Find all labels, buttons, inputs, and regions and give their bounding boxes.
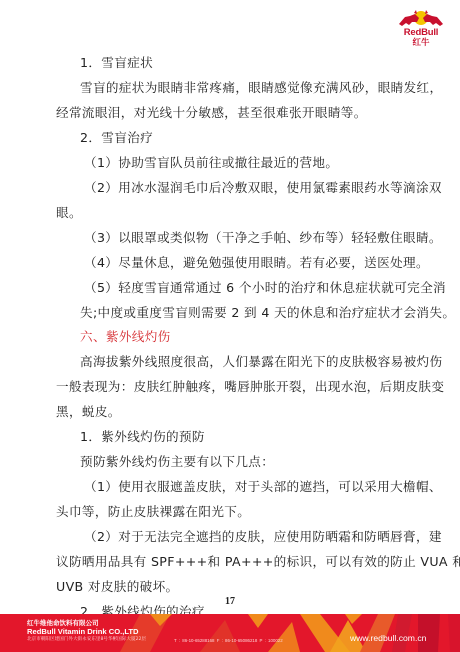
list-item: （3）以眼罩或类似物（干净之手帕、纱布等）轻轻敷住眼睛。	[84, 230, 442, 246]
redbull-bulls-icon	[397, 8, 445, 28]
list-item: （4）尽量休息，避免勉强使用眼睛。若有必要，送医处理。	[84, 255, 429, 271]
paragraph-line: 一般表现为：皮肤红肿触疼，嘴唇肿胀开裂，出现水泡，后期皮肤变	[56, 379, 444, 395]
paragraph-line: 失;中度或重度雪盲则需要 2 到 4 天的休息和治疗症状才会消失。	[80, 305, 455, 321]
logo-brand-en: RedBull	[397, 28, 445, 38]
list-item: （1）协助雪盲队员前往或撤往最近的营地。	[84, 155, 338, 171]
paragraph-line: 预防紫外线灼伤主要有以下几点：	[80, 454, 274, 470]
footer-address: 北京市朝阳区建国门外大街永安东里8号华彬国际大厦22层	[27, 638, 146, 643]
section-heading-uv-burn: 六、紫外线灼伤	[80, 329, 171, 345]
redbull-logo: RedBull 红牛	[397, 8, 445, 52]
page-number: 17	[0, 596, 460, 607]
subheading-uv-burn-prevention: 1．紫外线灼伤的预防	[80, 429, 205, 445]
footer-contacts: T : 86-10-65288168 F : 86-10-65086218 P …	[174, 639, 283, 643]
footer-website-link[interactable]: www.redbull.com.cn	[350, 634, 426, 643]
list-item: （5）轻度雪盲通常通过 6 个小时的治疗和休息症状就可完全消	[84, 280, 446, 296]
paragraph-line: 头巾等，防止皮肤裸露在阳光下。	[56, 504, 250, 520]
footer-band: 红牛维他命饮料有限公司 RedBull Vitamin Drink CO.,LT…	[0, 614, 460, 652]
footer-company-name-cn: 红牛维他命饮料有限公司	[27, 620, 99, 627]
subheading-snow-blindness-treatment: 2．雪盲治疗	[80, 130, 153, 146]
subheading-snow-blindness-symptoms: 1．雪盲症状	[80, 55, 153, 71]
logo-brand-cn: 红牛	[397, 39, 445, 48]
paragraph-line: 眼。	[56, 205, 82, 221]
list-item: （2）用冰水湿润毛巾后冷敷双眼，使用氯霉素眼药水等滴涂双	[84, 180, 442, 196]
paragraph-line: 黑，蜕皮。	[56, 404, 121, 420]
paragraph-line: UVB 对皮肤的破坏。	[56, 579, 178, 595]
list-item: （2）对于无法完全遮挡的皮肤，应使用防晒霜和防晒唇膏，建	[84, 529, 442, 545]
paragraph-line: 雪盲的症状为眼睛非常疼痛，眼睛感觉像充满风砂，眼睛发红，	[80, 80, 442, 96]
paragraph-line: 议防晒用品具有 SPF+++和 PA+++的标识，可以有效的防止 VUA 和	[56, 554, 460, 570]
footer-company-name-en: RedBull Vitamin Drink CO.,LTD	[27, 628, 139, 636]
list-item: （1）使用衣服遮盖皮肤，对于头部的遮挡，可以采用大檐帽、	[84, 479, 442, 495]
paragraph-line: 高海拔紫外线照度很高，人们暴露在阳光下的皮肤极容易被灼伤	[80, 354, 442, 370]
paragraph-line: 经常流眼泪，对光线十分敏感，甚至很难张开眼睛等。	[56, 105, 367, 121]
